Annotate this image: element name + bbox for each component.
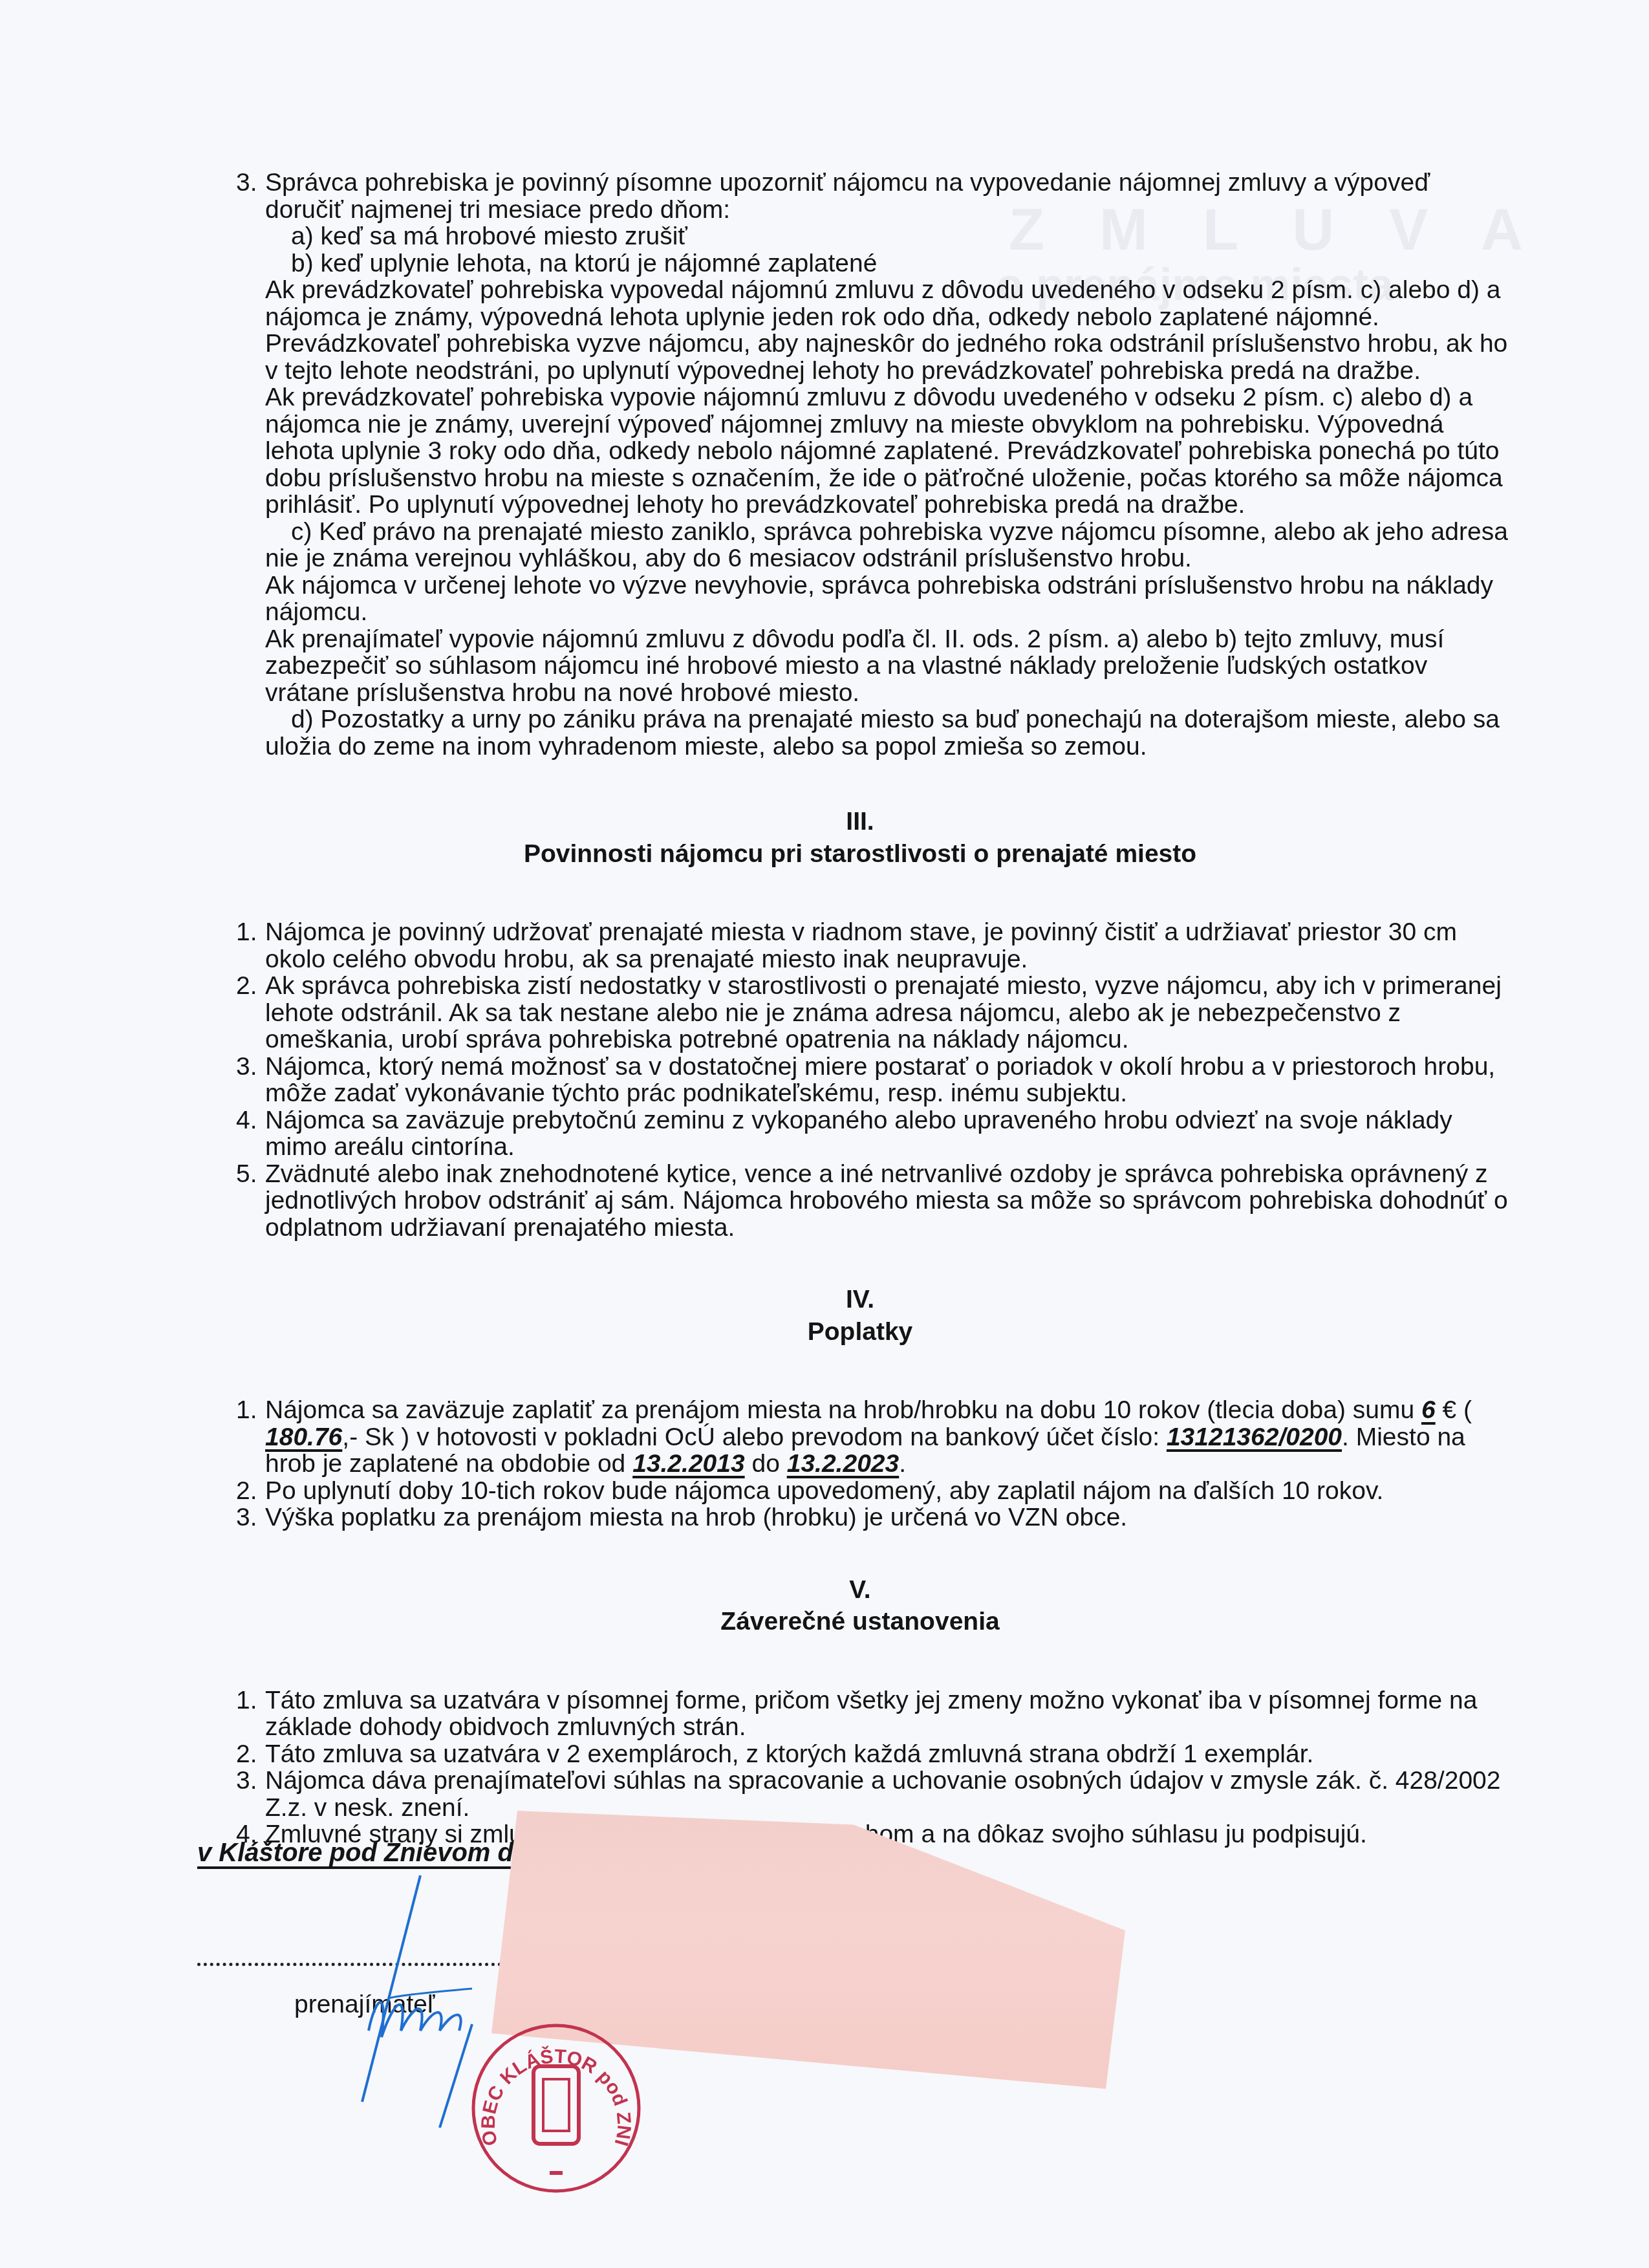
scanned-page: Z M L U V A o prenájme miesta 3. Správca… — [0, 0, 1649, 2268]
amount-sk: 180.76 — [265, 1423, 342, 1451]
article3-number: III. — [210, 808, 1510, 836]
paragraph: Ak nájomca v určenej lehote vo výzve nev… — [236, 572, 1510, 626]
item-text: Nájomca sa zaväzuje zaplatiť za prenájom… — [265, 1396, 1472, 1478]
item-number: 1. — [236, 919, 257, 946]
document-body: 3. Správca pohrebiska je povinný písomne… — [236, 169, 1510, 1848]
article5-item: 1. Táto zmluva sa uzatvára v písomnej fo… — [236, 1687, 1510, 1741]
paragraph: Ak prevádzkovateľ pohrebiska vypovie náj… — [236, 384, 1510, 519]
item-number: 3. — [236, 1504, 257, 1531]
article2-item3: 3. Správca pohrebiska je povinný písomne… — [236, 169, 1510, 223]
item-number: 4. — [236, 1107, 257, 1134]
item-text: Správca pohrebiska je povinný písomne up… — [265, 169, 1430, 224]
paragraph: Ak prevádzkovateľ pohrebiska vypovedal n… — [236, 277, 1510, 330]
item-text: Výška poplatku za prenájom miesta na hro… — [265, 1504, 1127, 1531]
item-text: Nájomca je povinný udržovať prenajaté mi… — [265, 918, 1457, 973]
item-text: Nájomca, ktorý nemá možnosť sa v dostato… — [265, 1053, 1495, 1108]
item-number: 2. — [236, 1741, 257, 1768]
subitem-c: c) Keď právo na prenajaté miesto zaniklo… — [236, 519, 1510, 572]
amount-eur: 6 — [1421, 1396, 1436, 1424]
item-text: Nájomca sa zaväzuje prebytočnú zeminu z … — [265, 1107, 1452, 1161]
item-text: Nájomca dáva prenajímateľovi súhlas na s… — [265, 1767, 1500, 1822]
item-text: Po uplynutí doby 10-tich rokov bude nájo… — [265, 1477, 1383, 1505]
item-text: Táto zmluva sa uzatvára v písomnej forme… — [265, 1687, 1477, 1742]
article3-title: Povinnosti nájomcu pri starostlivosti o … — [210, 841, 1510, 868]
subitem-a: a) keď sa má hrobové miesto zrušiť — [236, 223, 1510, 250]
article3-item: 1. Nájomca je povinný udržovať prenajaté… — [236, 919, 1510, 973]
date-to: 13.2.2023 — [787, 1450, 900, 1478]
paragraph: Ak prenajímateľ vypovie nájomnú zmluvu z… — [236, 626, 1510, 707]
svg-text:OBEC KLÁŠTOR pod ZNIEVOM: OBEC KLÁŠTOR pod ZNIEVOM — [469, 2021, 634, 2148]
article5-title: Záverečné ustanovenia — [210, 1608, 1510, 1636]
article5-item: 3. Nájomca dáva prenajímateľovi súhlas n… — [236, 1767, 1510, 1821]
date-from: 13.2.2013 — [632, 1450, 745, 1478]
item-text: Ak správca pohrebiska zistí nedostatky v… — [265, 972, 1502, 1053]
item-number: 5. — [236, 1161, 257, 1188]
article3-item: 3. Nájomca, ktorý nemá možnosť sa v dost… — [236, 1053, 1510, 1107]
paragraph: Prevádzkovateľ pohrebiska vyzve nájomcu,… — [236, 330, 1510, 384]
article4-item: 2. Po uplynutí doby 10-tich rokov bude n… — [236, 1478, 1510, 1505]
article4-item: 1. Nájomca sa zaväzuje zaplatiť za prená… — [236, 1397, 1510, 1478]
subitem-b: b) keď uplynie lehota, na ktorú je nájom… — [236, 250, 1510, 277]
signing-place: v Kláštore pod Znievom d — [197, 1839, 513, 1868]
article5-item: 2. Táto zmluva sa uzatvára v 2 exempláro… — [236, 1741, 1510, 1768]
article3-item: 5. Zvädnuté alebo inak znehodnotené kyti… — [236, 1161, 1510, 1242]
item-text: Táto zmluva sa uzatvára v 2 exemplároch,… — [265, 1740, 1313, 1768]
item-number: 1. — [236, 1397, 257, 1424]
bank-account: 13121362/0200 — [1167, 1423, 1342, 1451]
article4-title: Poplatky — [210, 1319, 1510, 1346]
article3-item: 2. Ak správca pohrebiska zistí nedostatk… — [236, 973, 1510, 1053]
item-number: 3. — [236, 1053, 257, 1081]
municipal-stamp-icon: OBEC KLÁŠTOR pod ZNIEVOM — [469, 2021, 643, 2196]
article4-item: 3. Výška poplatku za prenájom miesta na … — [236, 1504, 1510, 1531]
item-number: 3. — [236, 1767, 257, 1795]
subitem-d: d) Pozostatky a urny po zániku práva na … — [236, 706, 1510, 760]
article4-number: IV. — [210, 1286, 1510, 1313]
item-number: 1. — [236, 1687, 257, 1714]
item-number: 2. — [236, 973, 257, 1000]
article5-number: V. — [210, 1577, 1510, 1604]
item-number: 3. — [236, 169, 257, 197]
article3-item: 4. Nájomca sa zaväzuje prebytočnú zeminu… — [236, 1107, 1510, 1161]
item-number: 2. — [236, 1478, 257, 1505]
item-text: Zvädnuté alebo inak znehodnotené kytice,… — [265, 1160, 1508, 1242]
